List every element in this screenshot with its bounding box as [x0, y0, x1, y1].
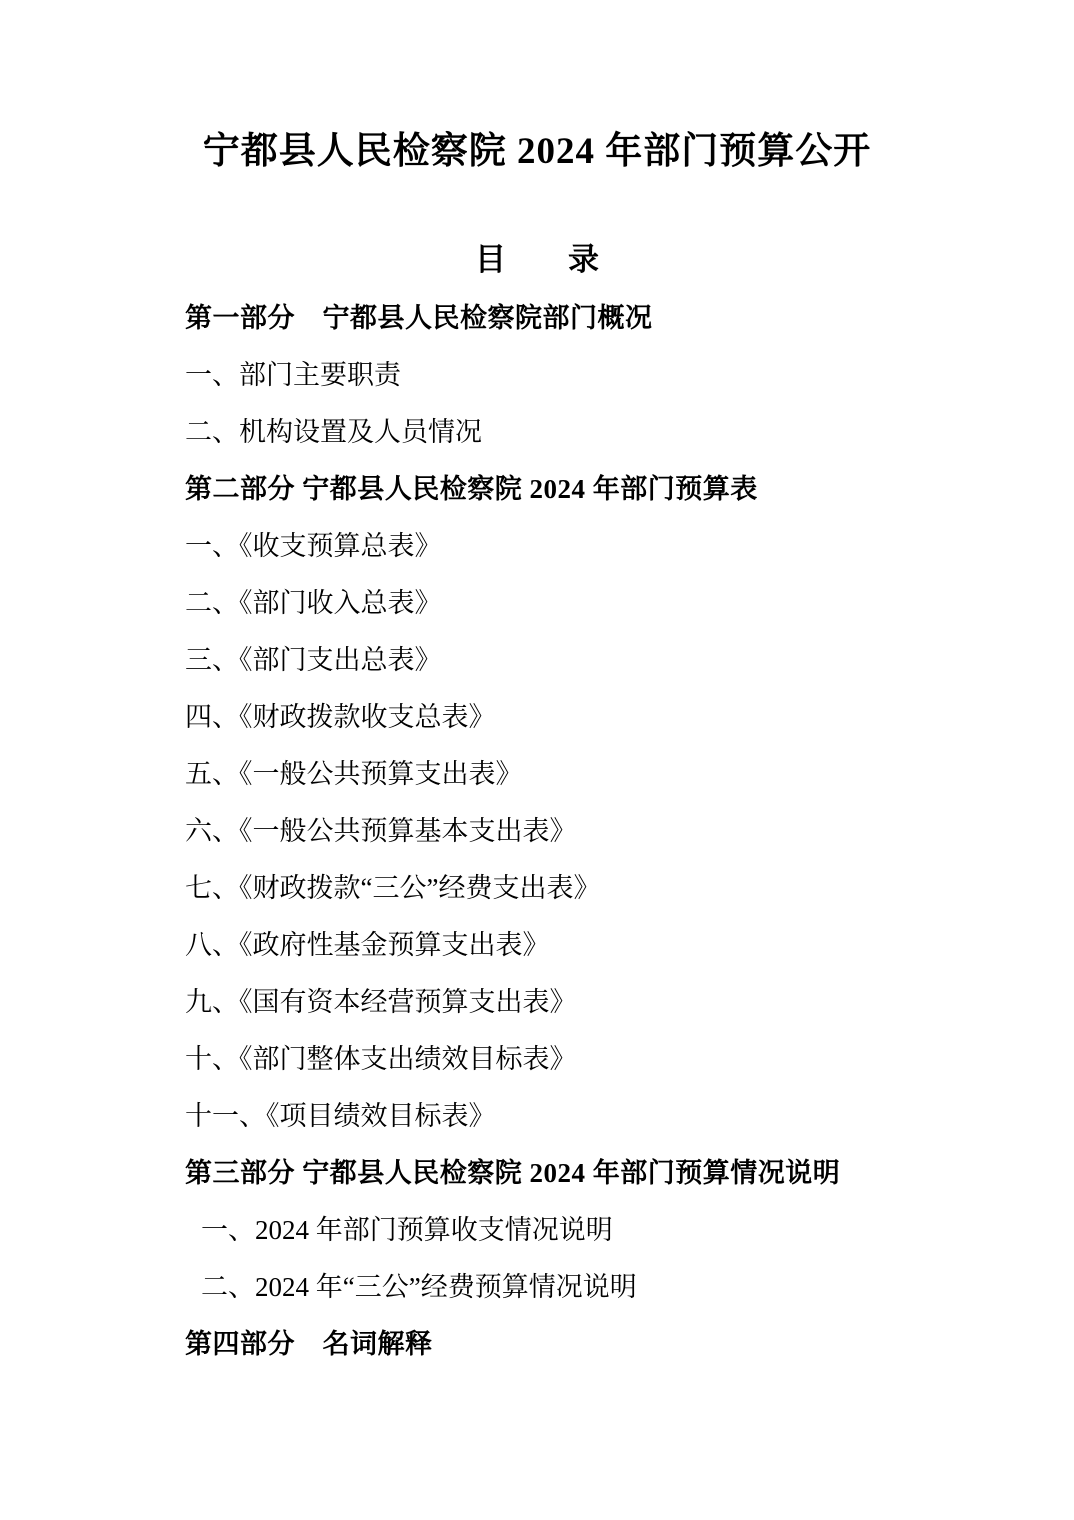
toc-item-part1: 第一部分 宁都县人民检察院部门概况 [185, 290, 994, 347]
toc-item: 七、《财政拨款“三公”经费支出表》 [185, 860, 994, 917]
toc-list: 第一部分 宁都县人民检察院部门概况 一、部门主要职责 二、机构设置及人员情况 第… [0, 290, 1074, 1373]
toc-item: 四、《财政拨款收支总表》 [185, 689, 994, 746]
toc-item: 十、《部门整体支出绩效目标表》 [185, 1031, 994, 1088]
toc-item: 八、《政府性基金预算支出表》 [185, 917, 994, 974]
toc-item: 五、《一般公共预算支出表》 [185, 746, 994, 803]
toc-item-part2: 第二部分 宁都县人民检察院 2024 年部门预算表 [185, 461, 994, 518]
toc-heading: 目 录 [0, 238, 1074, 282]
toc-item: 二、机构设置及人员情况 [185, 404, 994, 461]
toc-item: 六、《一般公共预算基本支出表》 [185, 803, 994, 860]
document-title: 宁都县人民检察院 2024 年部门预算公开 [0, 0, 1074, 176]
toc-item: 九、《国有资本经营预算支出表》 [185, 974, 994, 1031]
toc-item: 三、《部门支出总表》 [185, 632, 994, 689]
toc-item: 十一、《项目绩效目标表》 [185, 1088, 994, 1145]
document-page: 宁都县人民检察院 2024 年部门预算公开 目 录 第一部分 宁都县人民检察院部… [0, 0, 1074, 1520]
toc-item: 一、《收支预算总表》 [185, 518, 994, 575]
toc-item: 二、《部门收入总表》 [185, 575, 994, 632]
toc-item-part3: 第三部分 宁都县人民检察院 2024 年部门预算情况说明 [185, 1145, 994, 1202]
toc-item: 一、2024 年部门预算收支情况说明 [185, 1202, 994, 1259]
toc-item: 二、2024 年“三公”经费预算情况说明 [185, 1259, 994, 1316]
toc-item: 一、部门主要职责 [185, 347, 994, 404]
toc-item-part4: 第四部分 名词解释 [185, 1316, 994, 1373]
